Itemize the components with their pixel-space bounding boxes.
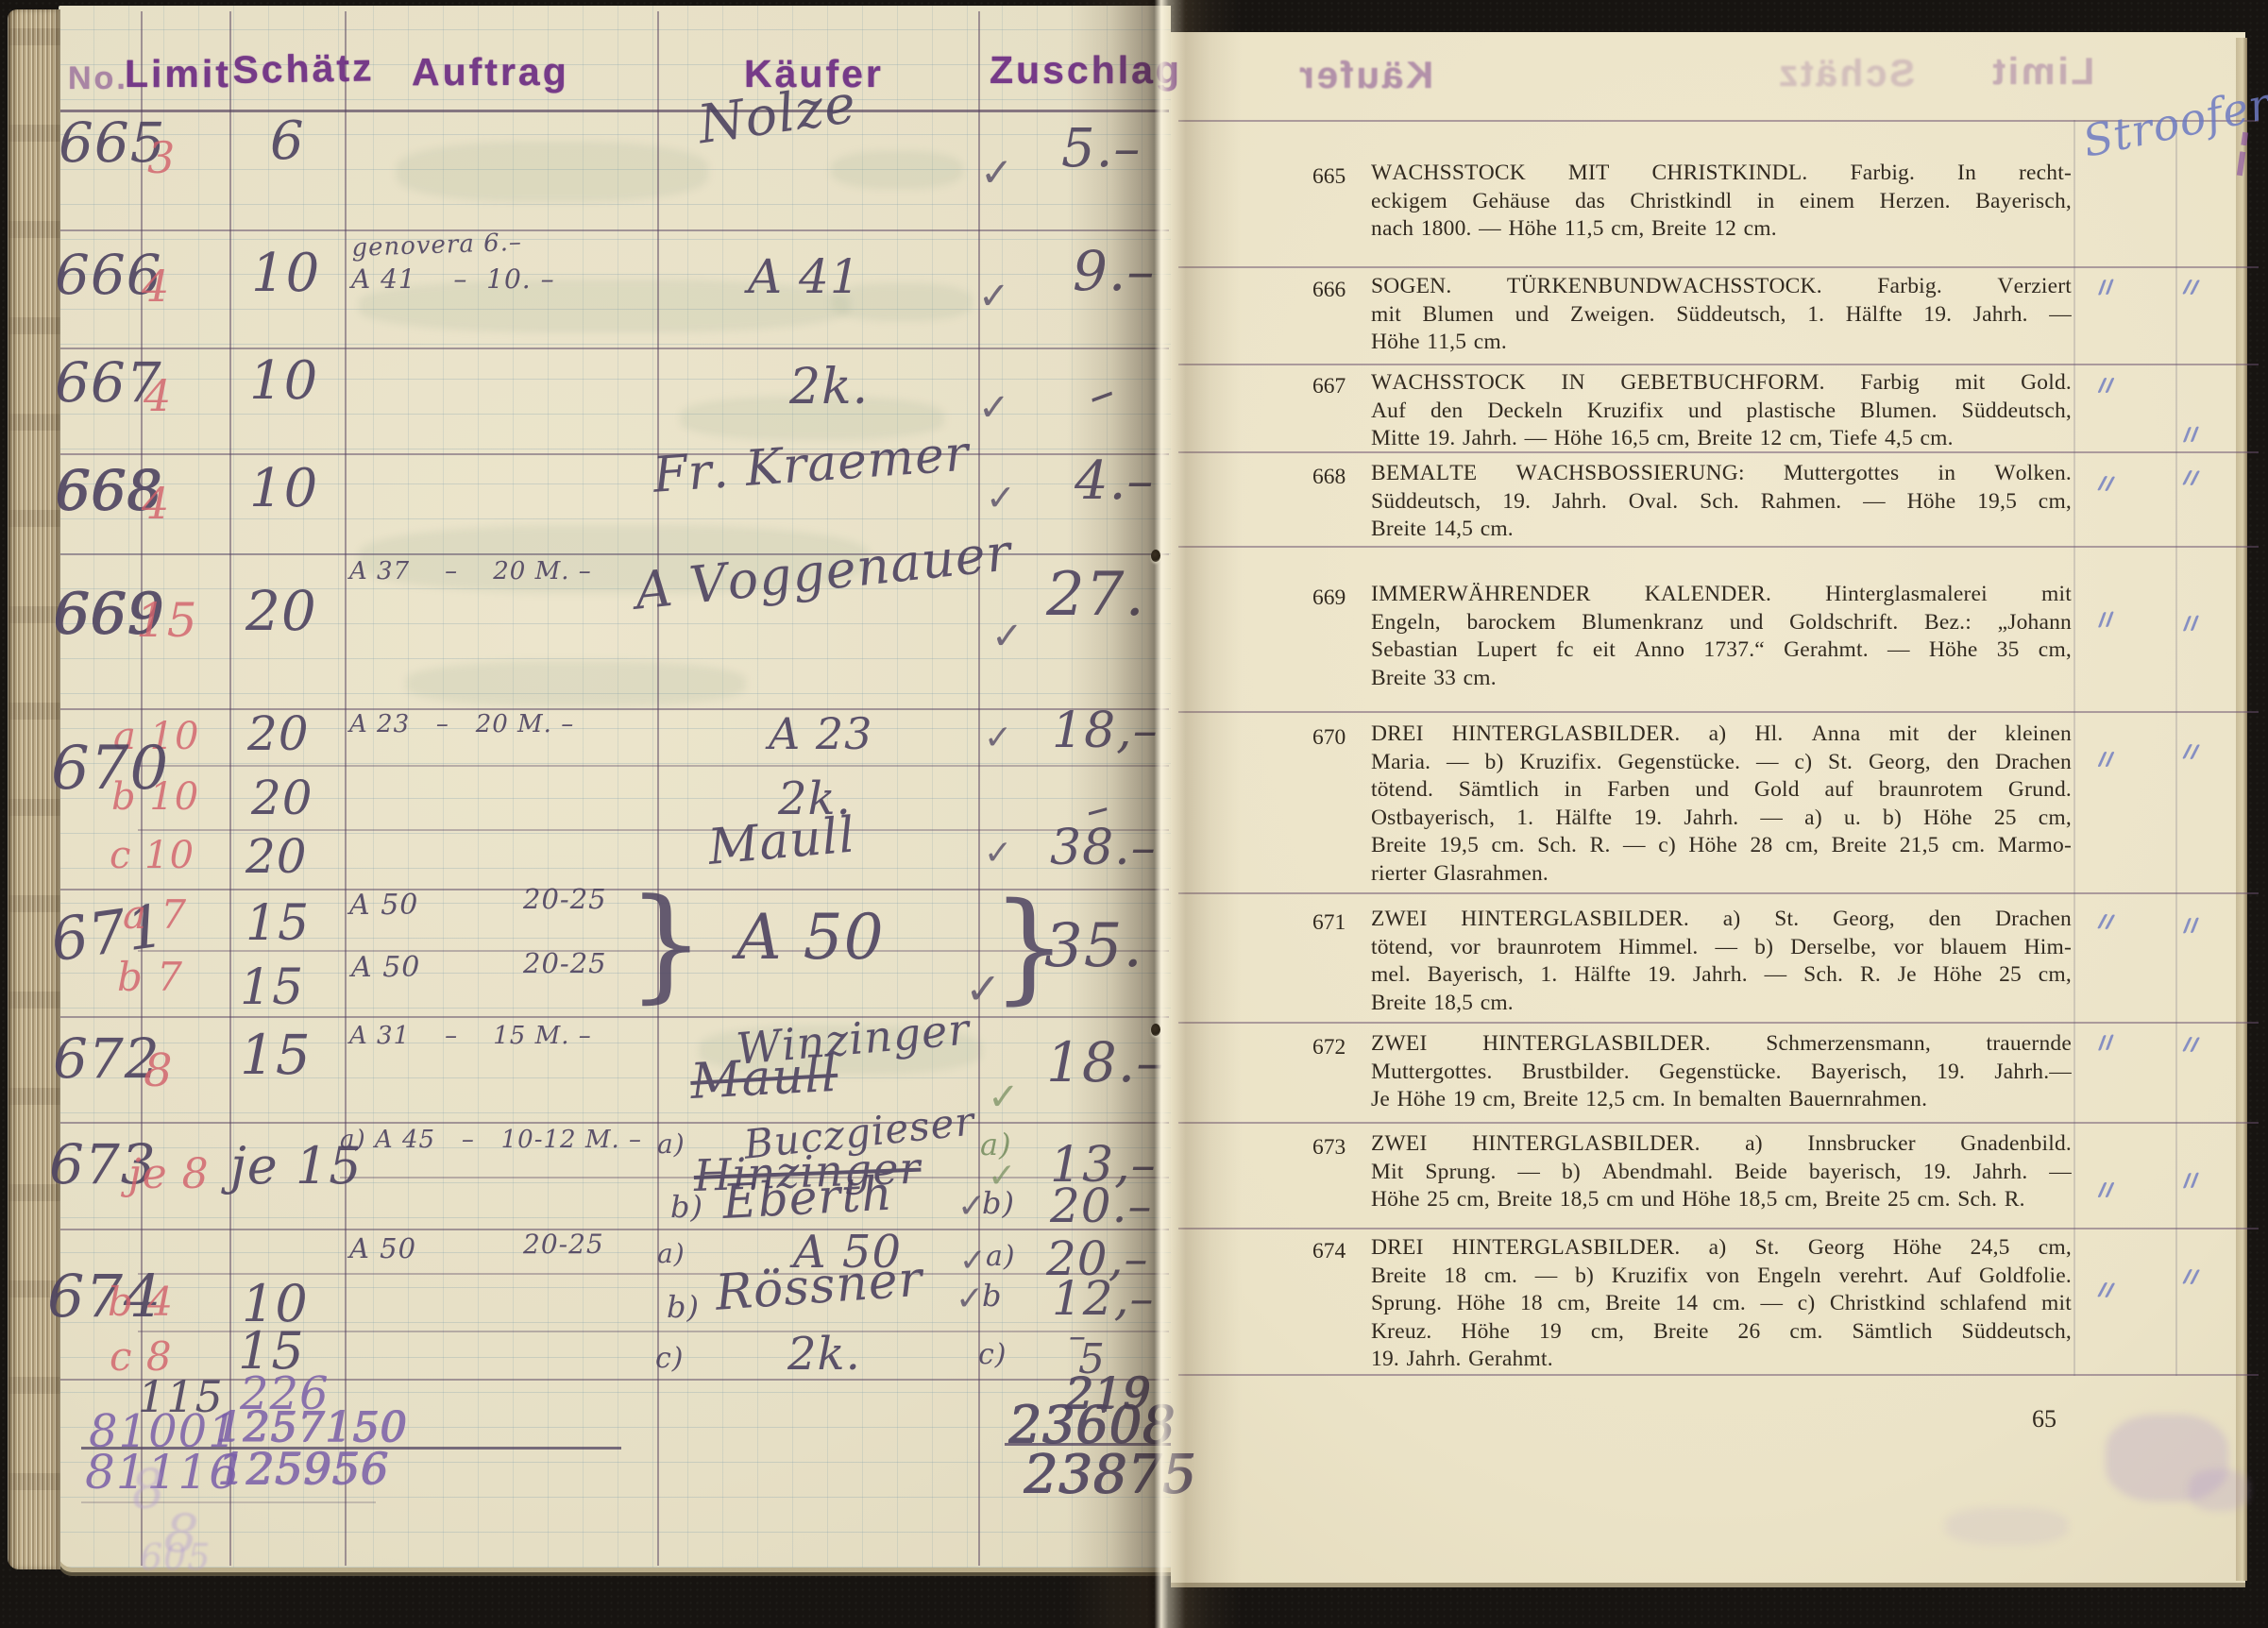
- catalog-entry-671-line: tötend, vor braunrotem Himmel. — b) Ders…: [1371, 937, 2072, 959]
- catalog-entry-666-line: SOGEN. TÜRKENBUNDWACHSSTOCK. Farbig. Ver…: [1371, 276, 2072, 298]
- bid-order-671b: A 50: [351, 954, 420, 982]
- hammer-price-665: 5.–: [1061, 123, 1141, 176]
- bid-order-672: A 31 – 15 M. –: [349, 1024, 592, 1048]
- catalog-entry-673-line: ZWEI HINTERGLASBILDER. a) Innsbrucker Gn…: [1371, 1133, 2072, 1156]
- stamp-ghost-limit: Limit: [1989, 53, 2094, 91]
- hammer-price-671: 35.: [1044, 916, 1143, 976]
- bid-order-666a: genovera 6.–: [351, 230, 522, 261]
- catalog-entry-669-line: Breite 33 cm.: [1371, 668, 2072, 690]
- ditto-mark-right-667: [2182, 427, 2200, 447]
- buyer-673b: Eberth: [721, 1170, 894, 1226]
- stitch-hole: [1151, 1024, 1160, 1036]
- hammer-price-672: 18.–: [1046, 1035, 1164, 1090]
- catalog-entry-670-line: tötend. Sämtlich in Farben und Gold auf …: [1371, 779, 2072, 802]
- buyer-674b: Röss­ner: [714, 1255, 924, 1318]
- catalog-entry-673-line: Mit Sprung. — b) Abendmahl. Beide bayeri…: [1371, 1162, 2072, 1184]
- check-665: ✓: [980, 153, 1014, 193]
- catalog-entry-670-line: Maria. — b) Kruzifix. Gegenstücke. — c) …: [1371, 752, 2072, 774]
- bid-order-670a: A 23 – 20 M. –: [349, 712, 574, 737]
- limit-671b: b 7: [117, 958, 183, 997]
- ditto-mark-left-666: [2097, 279, 2115, 298]
- catalog-entry-667-line: Auf den Deckeln Kruzifix und plastische …: [1371, 400, 2072, 423]
- catalog-entry-668-line: BEMALTE WACHSBOSSIERUNG: Muttergottes in…: [1371, 463, 2072, 485]
- totals-zuschlag-2: 23608: [1008, 1399, 1176, 1450]
- bid-range-671a: 20-25: [523, 886, 607, 913]
- entry-number-673: 673: [1312, 1135, 1346, 1161]
- left-page-ledger: [59, 6, 1171, 1568]
- entry-number-667: 667: [1312, 374, 1346, 399]
- entry-number-671: 671: [1312, 910, 1346, 936]
- ditto-mark-left-671: [2097, 913, 2115, 933]
- check-667: ✓: [978, 389, 1011, 427]
- catalog-entry-671-line: mel. Bayerisch, 1. Hälfte 19. Jahrh. — S…: [1371, 964, 2072, 987]
- check-670c: ✓: [984, 837, 1013, 871]
- column-stamp-limit: Limit: [125, 55, 231, 93]
- brace-671: }: [627, 882, 706, 1005]
- hammer-price-669: 27.: [1046, 565, 1145, 625]
- catalog-entry-671-line: ZWEI HINTERGLASBILDER. a) St. Georg, den…: [1371, 908, 2072, 931]
- catalog-entry-665-line: eckigem Gehäuse das Christkindl in einem…: [1371, 191, 2072, 213]
- catalog-entry-670-line: DREI HINTERGLASBILDER. a) Hl. Anna mit d…: [1371, 723, 2072, 746]
- page-number: 65: [2032, 1405, 2056, 1433]
- column-stamp-no: No.: [68, 62, 128, 94]
- check-668: ✓: [986, 480, 1017, 516]
- estimate-672: 15: [240, 1027, 312, 1082]
- check-674b: ✓: [956, 1282, 985, 1316]
- hammer-price-674b: 12,–: [1052, 1275, 1155, 1322]
- buyer-667: 2k.: [789, 363, 869, 412]
- buyer-670a: A 23: [769, 712, 872, 755]
- ditto-mark-left-673: [2098, 1182, 2115, 1201]
- limit-666: 4: [142, 264, 170, 308]
- catalog-entry-670-line: Breite 19,5 cm. Sch. R. — c) Höhe 28 cm,…: [1371, 835, 2072, 857]
- ghost-number: 8: [128, 1462, 168, 1518]
- catalog-entry-669-line: IMMERWÄHRENDER KALENDER. Hinterglasmaler…: [1371, 584, 2072, 606]
- bid-range-671b: 20-25: [523, 950, 607, 977]
- auction-ledger-photo: No.LimitSchätzAuftragKäuferZuschlagKäufe…: [0, 0, 2268, 1628]
- catalog-entry-666-line: mit Blumen und Zweigen. Süddeutsch, 1. H…: [1371, 304, 2072, 327]
- entry-number-665: 665: [1312, 164, 1346, 190]
- catalog-entry-672-line: Je Höhe 19 cm, Breite 12,5 cm. In bemalt…: [1371, 1089, 2072, 1111]
- page-edge: [2236, 38, 2247, 1581]
- totals-estimate-3: 125956: [217, 1447, 389, 1490]
- estimate-670a: 20: [247, 710, 310, 757]
- estimate-666: 10: [251, 247, 320, 300]
- limit-674b: b 4: [108, 1282, 174, 1322]
- catalog-entry-670-line: Ostbayerisch, 1. Hälfte 19. Jahrh. — a) …: [1371, 807, 2072, 830]
- hammer-price-666: 9.–: [1073, 244, 1155, 298]
- limit-667: 4: [144, 374, 172, 417]
- entry-number-669: 669: [1312, 585, 1346, 611]
- catalog-entry-671-line: Breite 18,5 cm.: [1371, 992, 2072, 1015]
- bid-order-666b: A 41 – 10. –: [351, 266, 555, 293]
- catalog-entry-674-line: Sprung. Höhe 18 cm, Breite 14 cm. — c) C…: [1371, 1293, 2072, 1315]
- marker-674c-left: c): [655, 1345, 685, 1373]
- hammer-price-673b: 20.–: [1050, 1182, 1153, 1229]
- bid-order-671a: A 50: [349, 891, 418, 920]
- marker-674a: a): [986, 1243, 1016, 1271]
- ghost-number: 605: [140, 1539, 212, 1575]
- bid-order-673: a) A 45 – 10-12 M. –: [340, 1128, 642, 1152]
- catalog-entry-668-line: Breite 14,5 cm.: [1371, 518, 2072, 541]
- limit-672: 8: [144, 1048, 174, 1094]
- ditto-mark-right-669: [2182, 616, 2200, 636]
- catalog-entry-667-line: Mitte 19. Jahrh. — Höhe 16,5 cm, Breite …: [1371, 428, 2072, 450]
- limit-673: je 8: [128, 1154, 210, 1196]
- check-672: ✓: [988, 1078, 1021, 1116]
- ditto-mark-right-671: [2182, 918, 2200, 938]
- marker-674c: c): [978, 1341, 1007, 1369]
- estimate-669: 20: [245, 584, 317, 638]
- ditto-mark-right-674: [2182, 1269, 2200, 1289]
- entry-number-666: 666: [1312, 278, 1346, 303]
- ditto-mark-left-670: [2098, 752, 2115, 771]
- limit-671a: a 7: [123, 895, 187, 935]
- column-stamp-auftrag: Auftrag: [412, 53, 569, 92]
- ditto-mark-right-672: [2182, 1037, 2200, 1057]
- ditto-mark-left-672: [2097, 1034, 2115, 1054]
- catalog-entry-674-line: 19. Jahrh. Gerahmt.: [1371, 1348, 2072, 1371]
- buyer-674c: 2k.: [787, 1331, 861, 1377]
- check-670a: ✓: [984, 721, 1013, 755]
- marker-674a-left: a): [657, 1241, 685, 1267]
- buyer-671: A 50: [736, 907, 885, 969]
- bid-range-674a: 20-25: [523, 1231, 604, 1258]
- entry-number-672: 672: [1312, 1035, 1346, 1060]
- limit-665: 3: [147, 136, 176, 179]
- ditto-mark-right-670: [2182, 744, 2200, 764]
- catalog-entry-672-line: Muttergottes. Brustbilder. Gegenstücke. …: [1371, 1061, 2072, 1084]
- entry-number-674: 674: [1312, 1239, 1346, 1264]
- stamp-ghost-kaeufer: Käufer: [1296, 57, 1433, 94]
- ditto-mark-left-668: [2097, 475, 2115, 495]
- hammer-price-670c: 38.–: [1050, 823, 1157, 873]
- estimate-667: 10: [249, 355, 318, 408]
- marker-673a: a): [980, 1129, 1012, 1160]
- catalog-entry-666-line: Höhe 11,5 cm.: [1371, 331, 2072, 354]
- catalog-entry-672-line: ZWEI HINTERGLASBILDER. Schmerzensmann, t…: [1371, 1033, 2072, 1056]
- catalog-entry-674-line: Breite 18 cm. — b) Kruzifix von Engeln v…: [1371, 1265, 2072, 1288]
- catalog-entry-669-line: Sebastian Lupert fc eit Anno 1737.“ Gera…: [1371, 639, 2072, 662]
- ditto-mark-left-674: [2097, 1281, 2115, 1301]
- catalog-entry-669-line: Engeln, barockem Blumenkranz und Goldsch…: [1371, 612, 2072, 635]
- limit-670b: b 10: [111, 778, 199, 816]
- bid-order-669: A 37 – 20 M. –: [349, 559, 592, 584]
- check-674a: ✓: [959, 1245, 988, 1277]
- marker-674b: b: [982, 1280, 1002, 1311]
- limit-670c: c 10: [110, 837, 195, 874]
- marker-674b-left: b): [667, 1292, 700, 1322]
- hammer-price-668: 4.–: [1075, 455, 1154, 508]
- catalog-entry-665-line: nach 1800. — Höhe 11,5 cm, Breite 12 cm.: [1371, 218, 2072, 241]
- ditto-mark-right-673: [2182, 1173, 2200, 1193]
- estimate-671a: 15: [245, 899, 310, 948]
- ditto-mark-right-668: [2182, 470, 2200, 490]
- marker-673b-left: b): [670, 1192, 703, 1222]
- catalog-entry-668-line: Süddeutsch, 19. Jahrh. Oval. Sch. Rahmen…: [1371, 491, 2072, 514]
- buyer-670c: Maull: [706, 810, 857, 872]
- totals-zuschlag-3: 23875: [1024, 1449, 1196, 1501]
- catalog-entry-674-line: DREI HINTERGLASBILDER. a) St. Georg Höhe…: [1371, 1237, 2072, 1260]
- ditto-mark-right-666: [2182, 280, 2200, 299]
- catalog-entry-667-line: WACHSSTOCK IN GEBETBUCHFORM. Farbig mit …: [1371, 372, 2072, 395]
- entry-number-668: 668: [1312, 465, 1346, 490]
- catalog-entry-674-line: Kreuz. Höhe 19 cm, Breite 26 cm. Sämtlic…: [1371, 1321, 2072, 1344]
- catalog-entry-670-line: rierter Glasrahmen.: [1371, 863, 2072, 886]
- stamp-ghost-schaetz: Schätz: [1776, 55, 1915, 93]
- hammer-price-670a: 18,–: [1052, 706, 1159, 755]
- estimate-670b: 20: [251, 774, 313, 822]
- column-stamp-schaetz: Schätz: [232, 48, 375, 90]
- estimate-665: 6: [270, 115, 305, 168]
- catalog-entry-673-line: Höhe 25 cm, Breite 18,5 cm und Höhe 18,5…: [1371, 1189, 2072, 1212]
- limit-668: 4: [142, 482, 170, 525]
- stitch-hole: [1151, 550, 1160, 562]
- ditto-mark-left-669: [2097, 611, 2115, 631]
- buyer-666: A 41: [748, 253, 861, 300]
- limit-669: 15: [136, 597, 198, 644]
- check-666: ✓: [978, 278, 1011, 315]
- marker-673a-left: a): [657, 1131, 685, 1158]
- estimate-671b: 15: [240, 963, 304, 1012]
- column-stamp-zuschlag: Zuschlag: [990, 51, 1182, 90]
- estimate-668: 10: [249, 463, 318, 516]
- estimate-673: je 15: [230, 1141, 363, 1192]
- marker-673b: b): [982, 1188, 1015, 1218]
- ditto-mark-left-667: [2098, 378, 2115, 397]
- estimate-670c: 20: [245, 833, 308, 880]
- entry-number-670: 670: [1312, 725, 1346, 751]
- check-669: ✓: [991, 618, 1024, 655]
- bid-order-674a: A 50: [349, 1235, 416, 1263]
- catalog-entry-665-line: WACHSSTOCK MIT CHRISTKINDL. Farbig. In r…: [1371, 162, 2072, 185]
